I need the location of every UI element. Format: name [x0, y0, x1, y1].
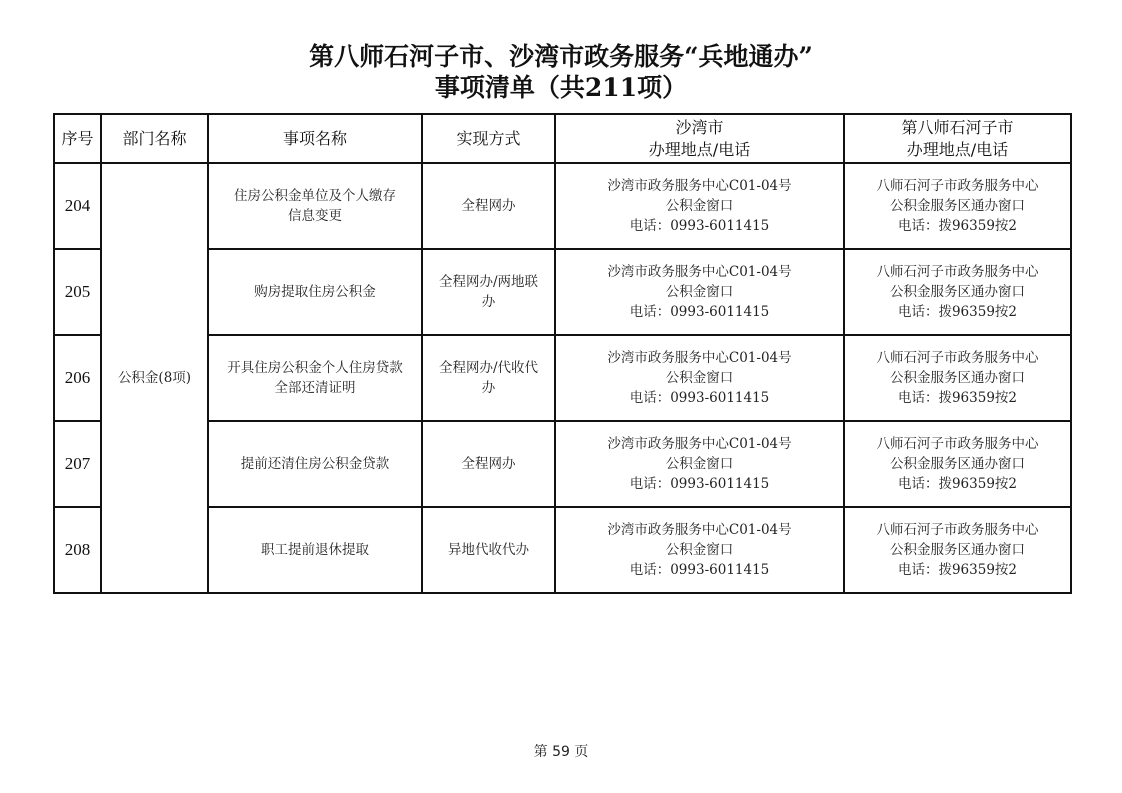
shihezi-address: 八师石河子市政务服务中心 [845, 520, 1070, 540]
row-method: 异地代收代办 [422, 507, 555, 593]
row-seq: 206 [54, 335, 101, 421]
shihezi-window: 公积金服务区通办窗口 [845, 196, 1070, 216]
row-shihezi-location: 八师石河子市政务服务中心 公积金服务区通办窗口 电话：拨96359按2 [844, 249, 1071, 335]
shihezi-window: 公积金服务区通办窗口 [845, 368, 1070, 388]
shihezi-window: 公积金服务区通办窗口 [845, 454, 1070, 474]
item-name-line: 全部还清证明 [209, 378, 421, 398]
item-name-line: 职工提前退休提取 [209, 540, 421, 560]
item-name-line: 提前还清住房公积金贷款 [209, 454, 421, 474]
header-seq: 序号 [54, 114, 101, 163]
shihezi-phone: 电话：拨96359按2 [845, 474, 1070, 494]
method-line: 异地代收代办 [423, 540, 554, 560]
department-cell: 公积金(8项) [101, 163, 208, 593]
method-line: 办 [423, 292, 554, 312]
header-item-name: 事项名称 [208, 114, 422, 163]
shihezi-phone: 电话：拨96359按2 [845, 302, 1070, 322]
header-shihezi-line1: 第八师石河子市 [845, 117, 1070, 139]
row-shawan-location: 沙湾市政务服务中心C01-04号 公积金窗口 电话：0993-6011415 [555, 507, 844, 593]
row-seq: 205 [54, 249, 101, 335]
shawan-phone: 电话：0993-6011415 [556, 216, 843, 236]
shihezi-phone: 电话：拨96359按2 [845, 388, 1070, 408]
page-number: 第 59 页 [0, 741, 1122, 761]
row-shihezi-location: 八师石河子市政务服务中心 公积金服务区通办窗口 电话：拨96359按2 [844, 507, 1071, 593]
shawan-address: 沙湾市政务服务中心C01-04号 [556, 520, 843, 540]
row-shihezi-location: 八师石河子市政务服务中心 公积金服务区通办窗口 电话：拨96359按2 [844, 421, 1071, 507]
method-line: 全程网办 [423, 196, 554, 216]
shihezi-address: 八师石河子市政务服务中心 [845, 434, 1070, 454]
header-shawan-location: 沙湾市 办理地点/电话 [555, 114, 844, 163]
row-shihezi-location: 八师石河子市政务服务中心 公积金服务区通办窗口 电话：拨96359按2 [844, 163, 1071, 249]
shihezi-address: 八师石河子市政务服务中心 [845, 262, 1070, 282]
header-shihezi-line2: 办理地点/电话 [845, 139, 1070, 161]
row-item-name: 购房提取住房公积金 [208, 249, 422, 335]
row-seq: 208 [54, 507, 101, 593]
shihezi-phone: 电话：拨96359按2 [845, 216, 1070, 236]
row-item-name: 住房公积金单位及个人缴存 信息变更 [208, 163, 422, 249]
item-name-line: 住房公积金单位及个人缴存 [209, 186, 421, 206]
shawan-phone: 电话：0993-6011415 [556, 302, 843, 322]
shihezi-window: 公积金服务区通办窗口 [845, 282, 1070, 302]
header-shihezi-location: 第八师石河子市 办理地点/电话 [844, 114, 1071, 163]
method-line: 全程网办/代收代 [423, 358, 554, 378]
row-shawan-location: 沙湾市政务服务中心C01-04号 公积金窗口 电话：0993-6011415 [555, 163, 844, 249]
service-items-table: 序号 部门名称 事项名称 实现方式 沙湾市 办理地点/电话 第八师石河子市 办理… [53, 113, 1072, 594]
shawan-address: 沙湾市政务服务中心C01-04号 [556, 176, 843, 196]
row-shawan-location: 沙湾市政务服务中心C01-04号 公积金窗口 电话：0993-6011415 [555, 421, 844, 507]
table-row: 204 公积金(8项) 住房公积金单位及个人缴存 信息变更 全程网办 沙湾市政务… [54, 163, 1071, 249]
item-name-line: 信息变更 [209, 206, 421, 226]
item-name-line: 开具住房公积金个人住房贷款 [209, 358, 421, 378]
row-method: 全程网办/代收代 办 [422, 335, 555, 421]
row-method: 全程网办 [422, 421, 555, 507]
row-item-name: 开具住房公积金个人住房贷款 全部还清证明 [208, 335, 422, 421]
shawan-address: 沙湾市政务服务中心C01-04号 [556, 262, 843, 282]
method-line: 全程网办/两地联 [423, 272, 554, 292]
method-line: 办 [423, 378, 554, 398]
shihezi-address: 八师石河子市政务服务中心 [845, 348, 1070, 368]
shawan-window: 公积金窗口 [556, 368, 843, 388]
method-line: 全程网办 [423, 454, 554, 474]
header-method: 实现方式 [422, 114, 555, 163]
row-item-name: 提前还清住房公积金贷款 [208, 421, 422, 507]
shawan-phone: 电话：0993-6011415 [556, 474, 843, 494]
row-shihezi-location: 八师石河子市政务服务中心 公积金服务区通办窗口 电话：拨96359按2 [844, 335, 1071, 421]
header-shawan-line2: 办理地点/电话 [556, 139, 843, 161]
header-department: 部门名称 [101, 114, 208, 163]
shawan-window: 公积金窗口 [556, 540, 843, 560]
row-seq: 204 [54, 163, 101, 249]
header-shawan-line1: 沙湾市 [556, 117, 843, 139]
row-method: 全程网办 [422, 163, 555, 249]
shawan-phone: 电话：0993-6011415 [556, 388, 843, 408]
shihezi-address: 八师石河子市政务服务中心 [845, 176, 1070, 196]
item-name-line: 购房提取住房公积金 [209, 282, 421, 302]
row-seq: 207 [54, 421, 101, 507]
shawan-address: 沙湾市政务服务中心C01-04号 [556, 434, 843, 454]
row-method: 全程网办/两地联 办 [422, 249, 555, 335]
shawan-window: 公积金窗口 [556, 282, 843, 302]
document-title-line-1: 第八师石河子市、沙湾市政务服务“兵地通办” [0, 42, 1122, 72]
row-shawan-location: 沙湾市政务服务中心C01-04号 公积金窗口 电话：0993-6011415 [555, 335, 844, 421]
shawan-window: 公积金窗口 [556, 196, 843, 216]
row-shawan-location: 沙湾市政务服务中心C01-04号 公积金窗口 电话：0993-6011415 [555, 249, 844, 335]
document-title-line-2: 事项清单（共211项） [0, 73, 1122, 103]
shawan-phone: 电话：0993-6011415 [556, 560, 843, 580]
shawan-window: 公积金窗口 [556, 454, 843, 474]
shihezi-phone: 电话：拨96359按2 [845, 560, 1070, 580]
shihezi-window: 公积金服务区通办窗口 [845, 540, 1070, 560]
row-item-name: 职工提前退休提取 [208, 507, 422, 593]
table-header-row: 序号 部门名称 事项名称 实现方式 沙湾市 办理地点/电话 第八师石河子市 办理… [54, 114, 1071, 163]
shawan-address: 沙湾市政务服务中心C01-04号 [556, 348, 843, 368]
